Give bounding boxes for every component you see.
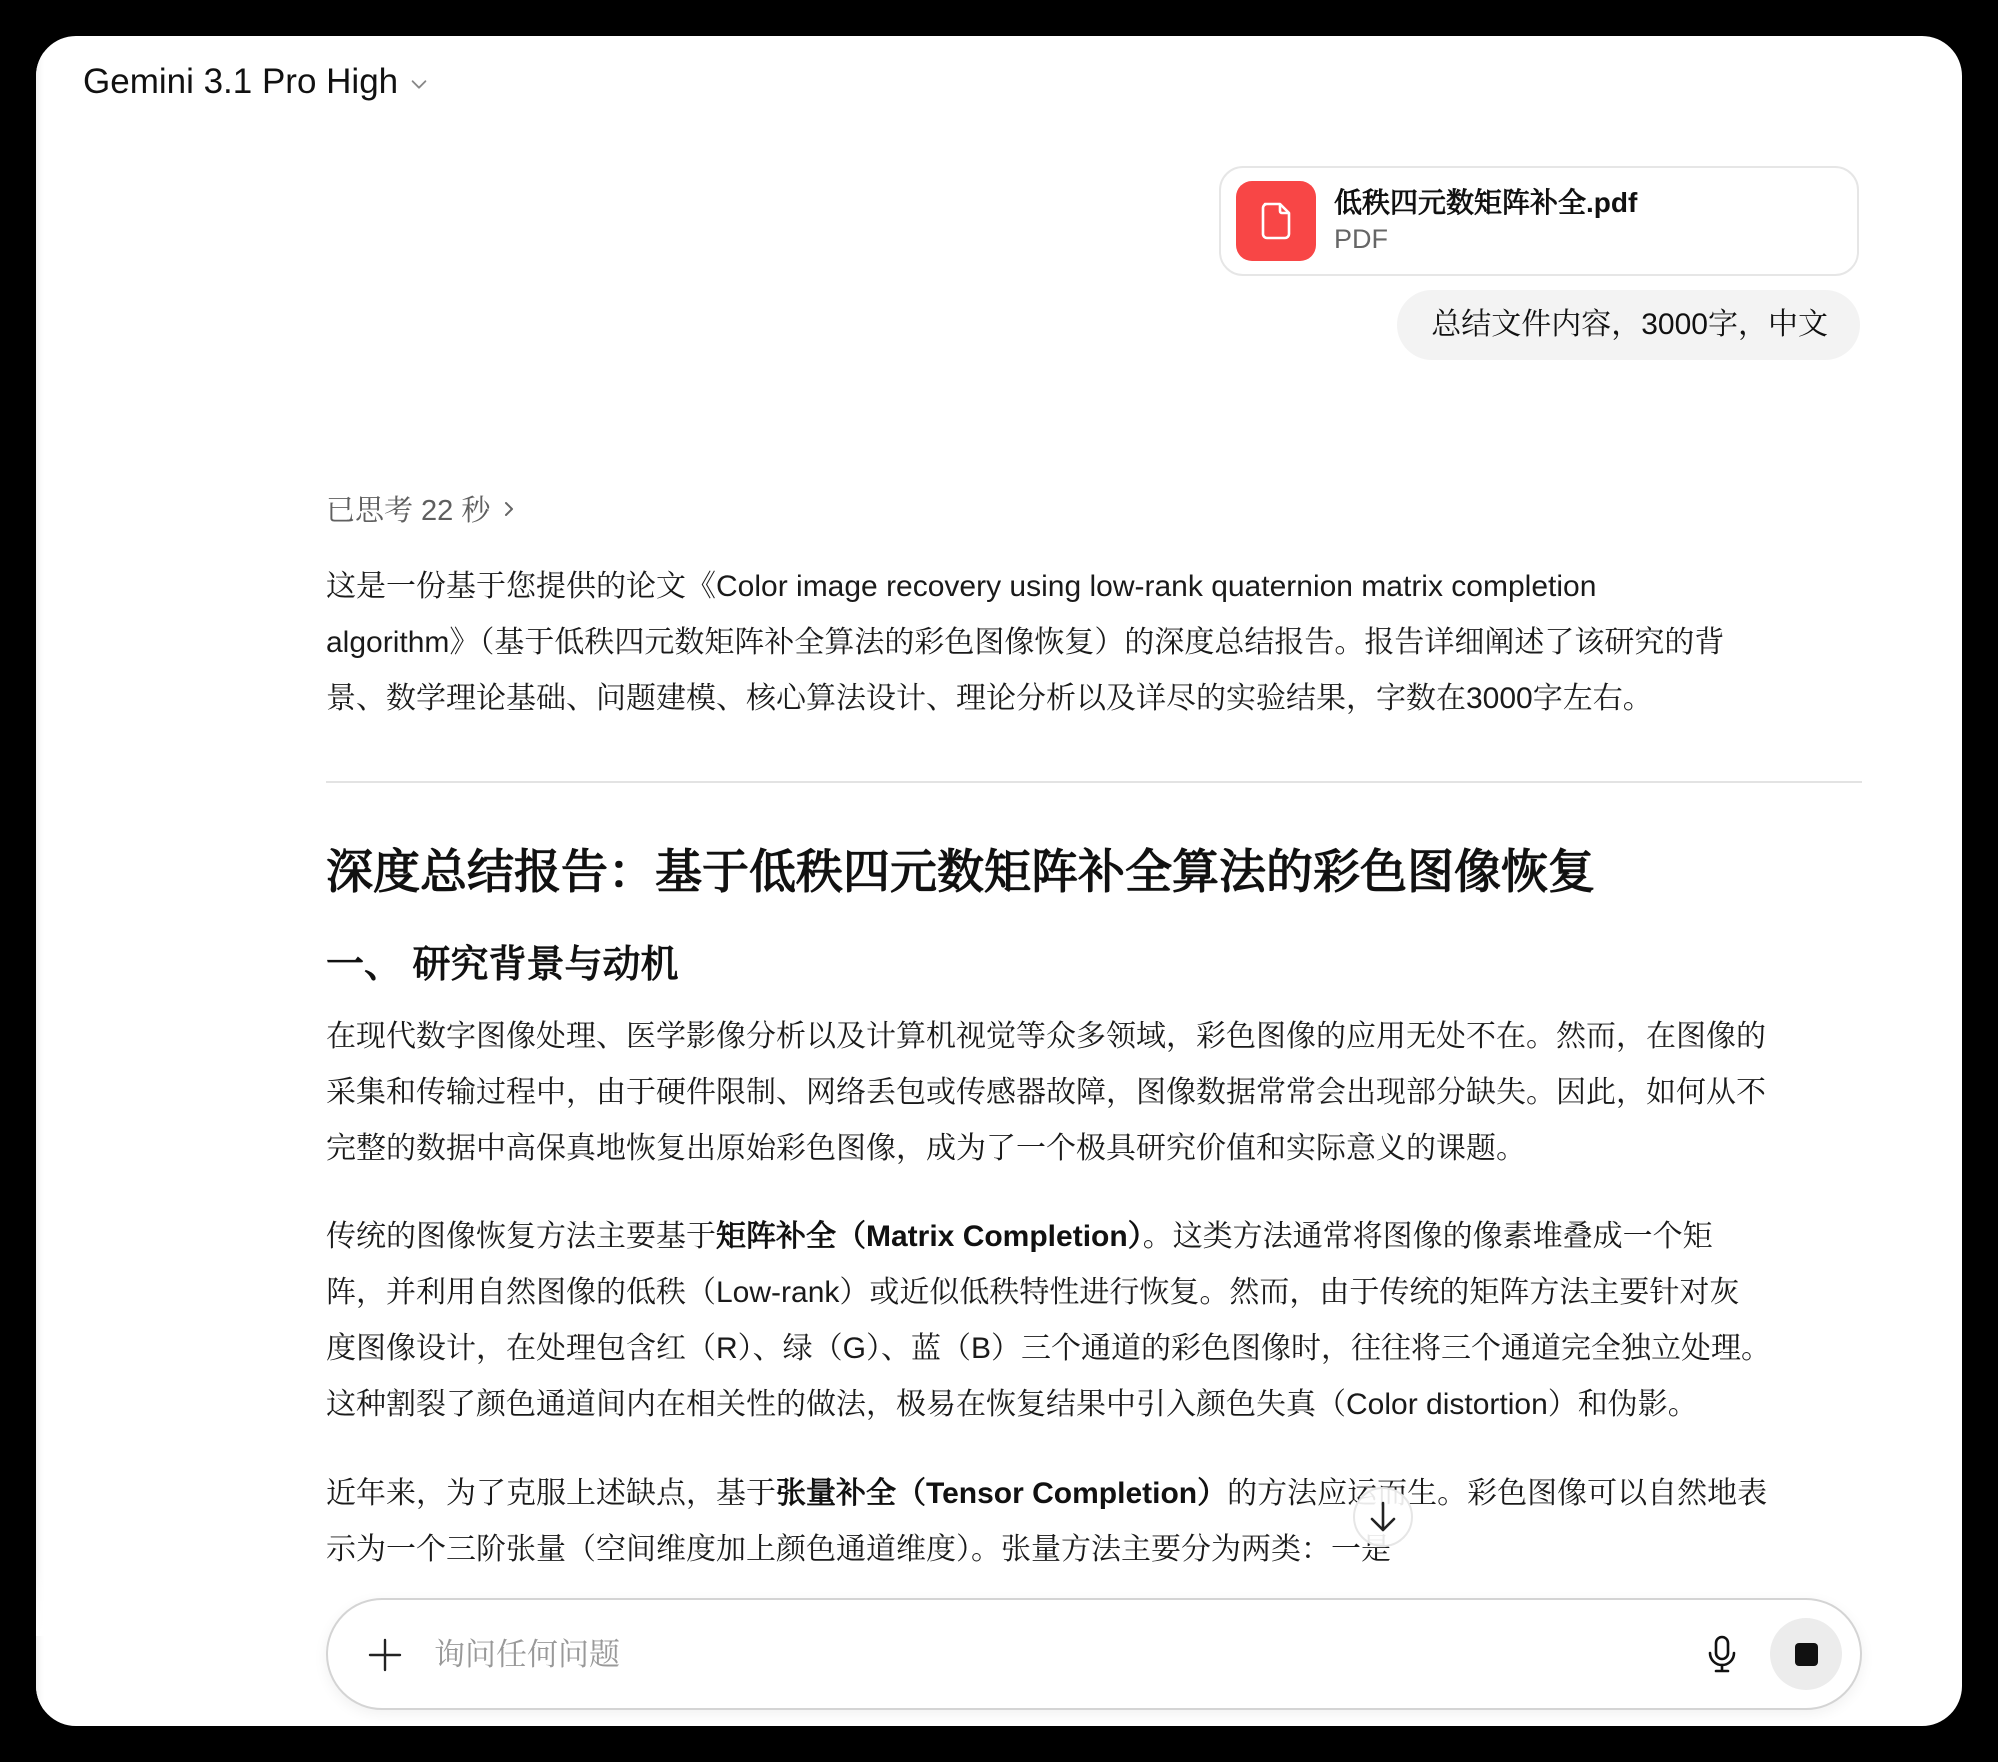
- attachment-card[interactable]: 低秩四元数矩阵补全.pdf PDF: [1219, 166, 1859, 276]
- attachment-filetype: PDF: [1334, 221, 1637, 257]
- section-heading: 一、 研究背景与动机: [326, 941, 679, 989]
- intro-line: 这是一份基于您提供的论文《Color image recovery using …: [326, 570, 1596, 603]
- intro-line: 景、数学理论基础、问题建模、核心算法设计、理论分析以及详尽的实验结果，字数在30…: [326, 682, 1653, 715]
- para-line: 示为一个三阶张量（空间维度加上颜色通道维度）。张量方法主要分为两类：一是: [326, 1533, 1391, 1566]
- plus-icon[interactable]: [366, 1636, 404, 1674]
- app-window: Gemini 3.1 Pro High 低秩四元数矩阵补全.pdf PDF 总结…: [36, 36, 1962, 1726]
- attachment-filename: 低秩四元数矩阵补全.pdf: [1334, 185, 1637, 221]
- model-selector[interactable]: Gemini 3.1 Pro High: [83, 62, 430, 102]
- watermark: 掘金技术社区 @ 哪吒编程: [1614, 1724, 1926, 1726]
- para-text: 的方法应运而生。彩色图像可以自然地表: [1227, 1477, 1767, 1510]
- response-intro: 这是一份基于您提供的论文《Color image recovery using …: [326, 559, 1862, 727]
- prompt-input[interactable]: [432, 1622, 1536, 1688]
- bold-term: 张量补全（Tensor Completion）: [776, 1477, 1227, 1510]
- para-line: 在现代数字图像处理、医学影像分析以及计算机视觉等众多领域，彩色图像的应用无处不在…: [326, 1020, 1766, 1053]
- para-line: 这种割裂了颜色通道间内在相关性的做法，极易在恢复结果中引入颜色失真（Color …: [326, 1388, 1698, 1421]
- para-line: 采集和传输过程中，由于硬件限制、网络丢包或传感器故障，图像数据常常会出现部分缺失…: [326, 1076, 1766, 1109]
- thinking-toggle[interactable]: 已思考 22 秒: [326, 488, 516, 529]
- paragraph-tensor-completion: 近年来，为了克服上述缺点，基于张量补全（Tensor Completion）的方…: [326, 1466, 1862, 1578]
- composer: [326, 1598, 1862, 1710]
- para-text: 近年来，为了克服上述缺点，基于: [326, 1477, 776, 1510]
- divider: [326, 781, 1862, 783]
- para-line: 度图像设计，在处理包含红（R）、绿（G）、蓝（B）三个通道的彩色图像时，往往将三…: [326, 1332, 1771, 1365]
- para-line: 阵，并利用自然图像的低秩（Low-rank）或近似低秩特性进行恢复。然而，由于传…: [326, 1276, 1739, 1309]
- stop-generation-button[interactable]: [1770, 1618, 1842, 1690]
- scroll-to-bottom-button[interactable]: [1353, 1487, 1413, 1547]
- model-label: Gemini 3.1 Pro High: [83, 62, 398, 102]
- intro-line: algorithm》（基于低秩四元数矩阵补全算法的彩色图像恢复）的深度总结报告。…: [326, 626, 1724, 659]
- file-icon: [1236, 181, 1316, 261]
- paragraph-matrix-completion: 传统的图像恢复方法主要基于矩阵补全（Matrix Completion）。这类方…: [326, 1209, 1862, 1433]
- microphone-icon[interactable]: [1705, 1634, 1739, 1674]
- thinking-label: 已思考 22 秒: [326, 488, 490, 529]
- para-text: 传统的图像恢复方法主要基于: [326, 1220, 716, 1253]
- para-text: 。这类方法通常将图像的像素堆叠成一个矩: [1143, 1220, 1713, 1253]
- bold-term: 矩阵补全（Matrix Completion）: [716, 1220, 1143, 1253]
- paragraph-background: 在现代数字图像处理、医学影像分析以及计算机视觉等众多领域，彩色图像的应用无处不在…: [326, 1009, 1862, 1177]
- report-title: 深度总结报告：基于低秩四元数矩阵补全算法的彩色图像恢复: [326, 844, 1595, 900]
- stop-icon: [1795, 1643, 1818, 1666]
- user-message: 总结文件内容，3000字，中文: [1397, 290, 1860, 360]
- para-line: 完整的数据中高保真地恢复出原始彩色图像，成为了一个极具研究价值和实际意义的课题。: [326, 1132, 1526, 1165]
- chevron-right-icon: [502, 499, 516, 519]
- arrow-down-icon: [1368, 1500, 1398, 1534]
- chevron-down-icon: [408, 73, 430, 95]
